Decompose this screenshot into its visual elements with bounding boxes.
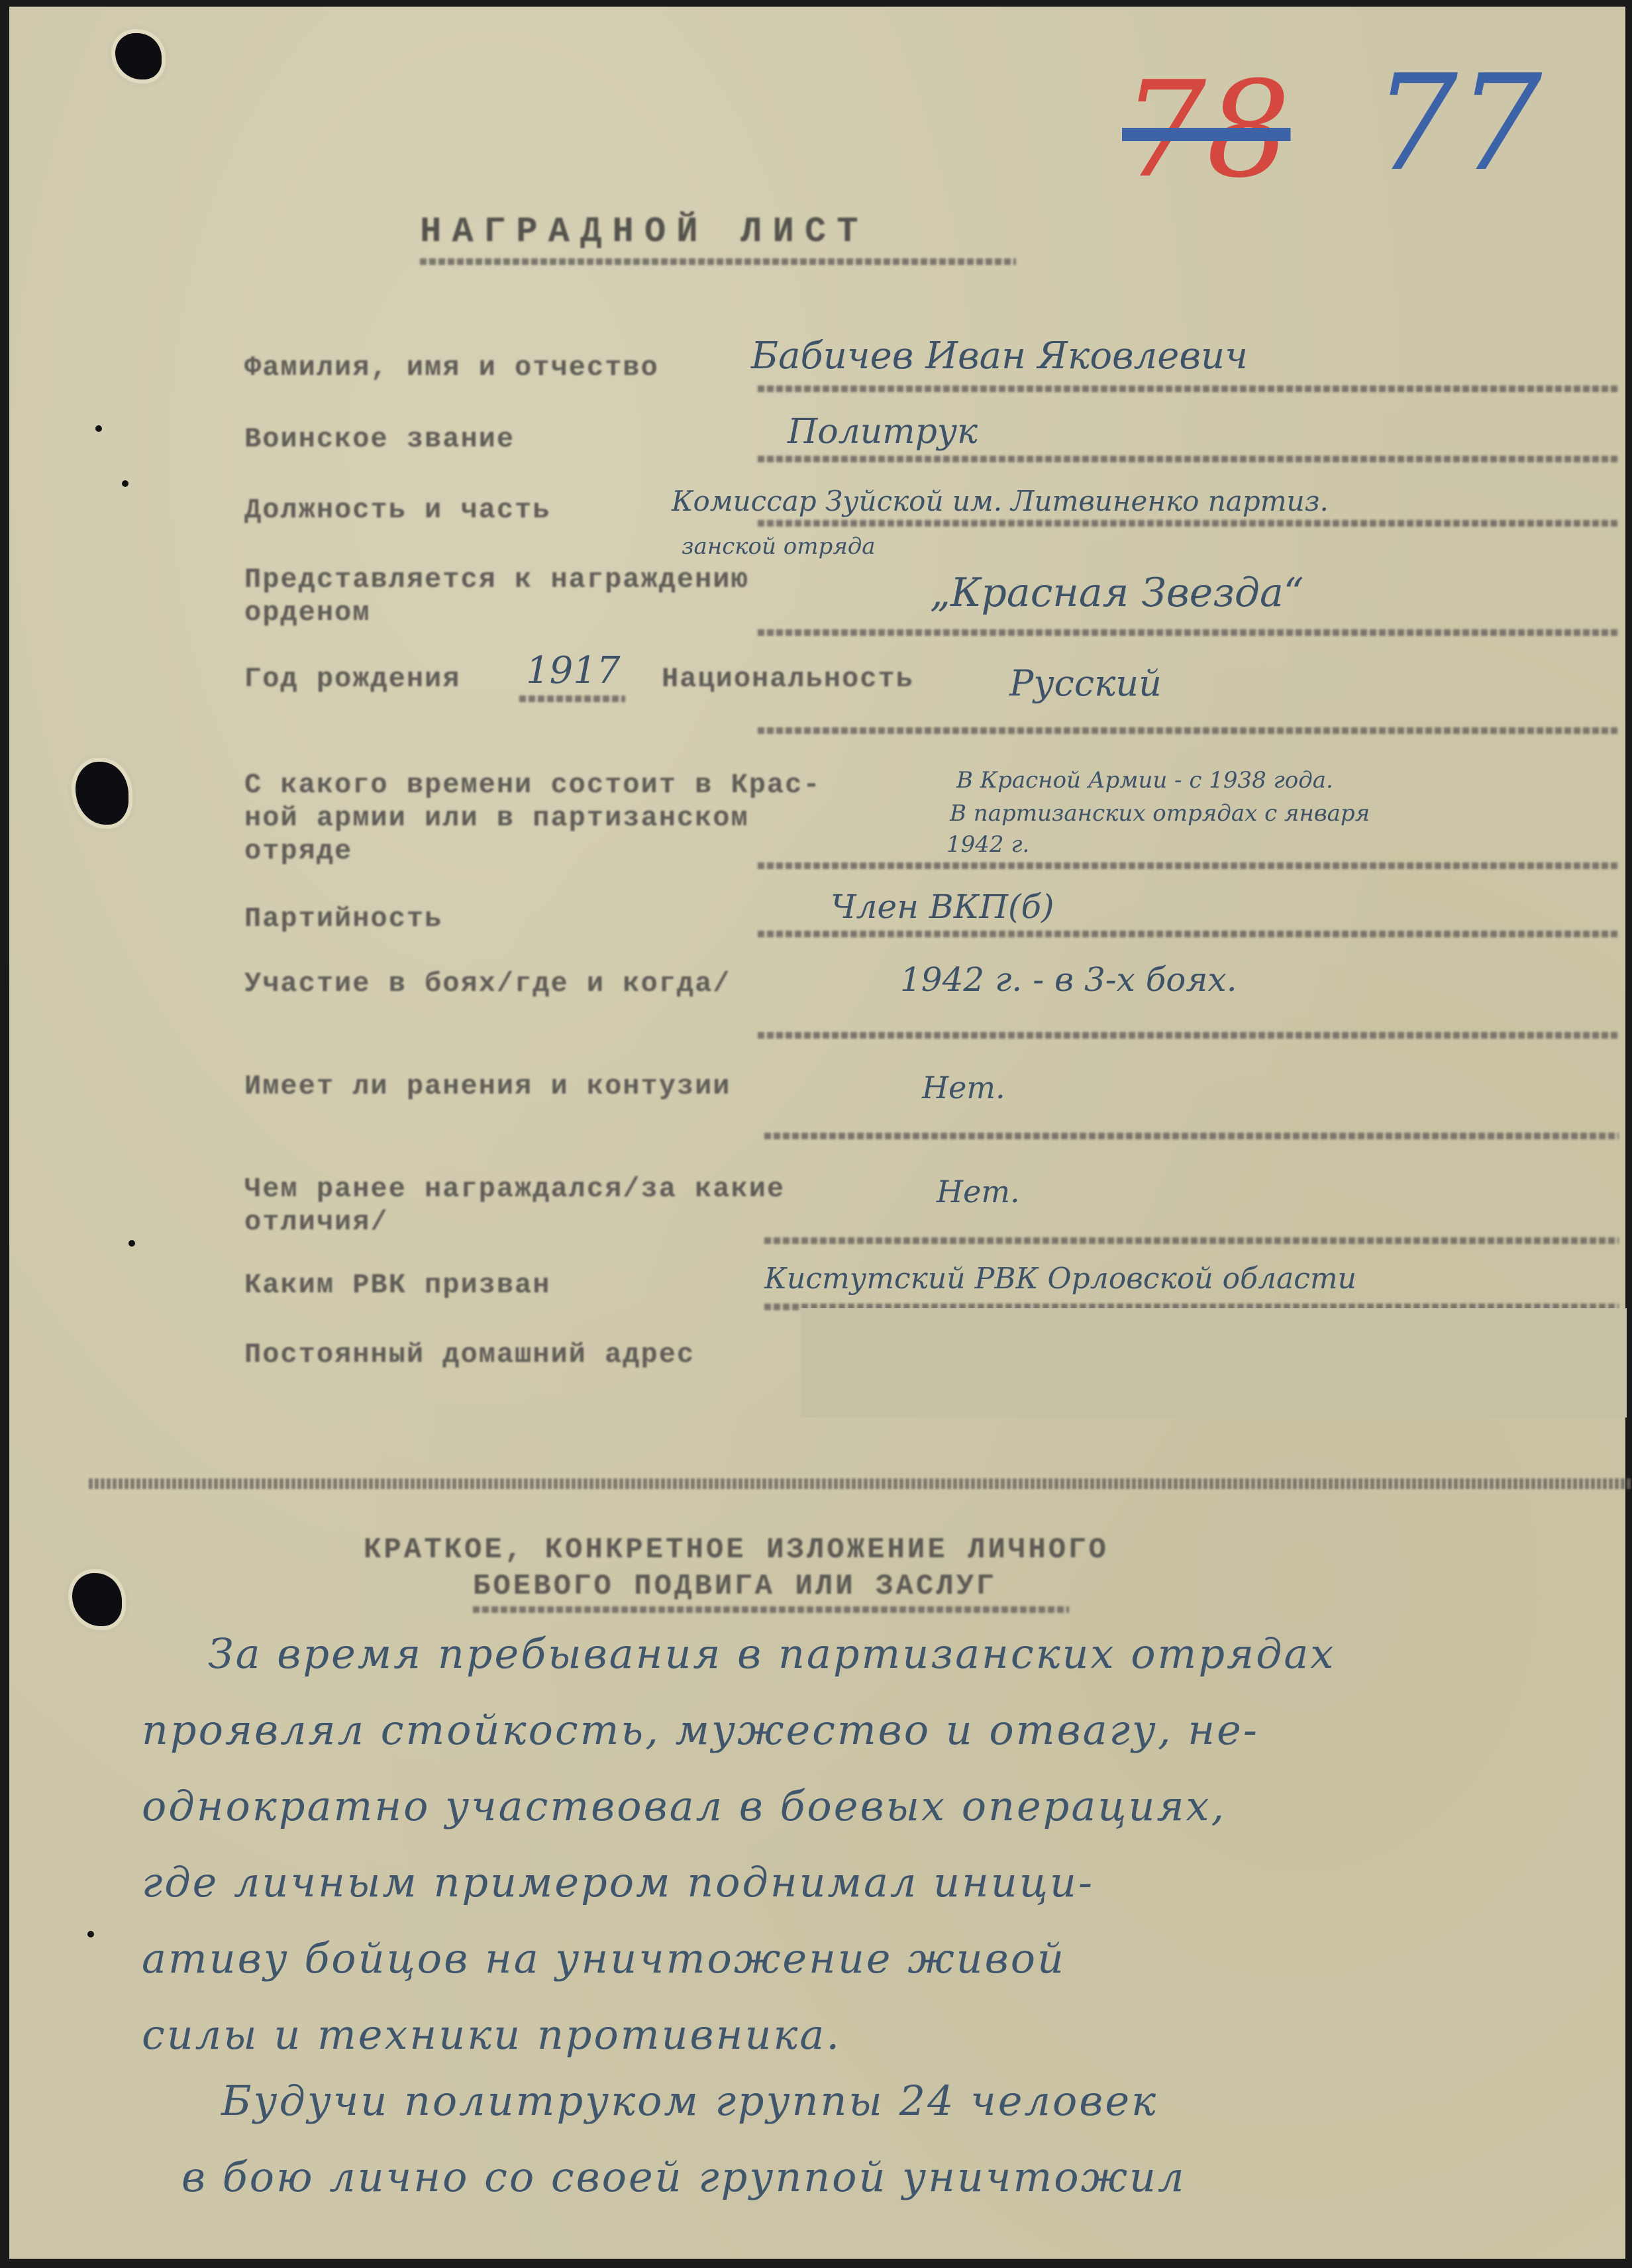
field-value-award: „Красная Звезда“ xyxy=(930,570,1303,616)
field-label-award: Представляется к награждению xyxy=(244,563,749,596)
narrative-line: в бою лично со своей группой уничтожил xyxy=(181,2153,1186,2201)
field-label-party: Партийность xyxy=(244,902,442,935)
field-label-previous-awards: Чем ранее награждался/за какие xyxy=(244,1172,785,1206)
margin-dot xyxy=(122,480,128,487)
field-label-battles: Участие в боях/где и когда/ xyxy=(244,967,731,1000)
section-separator xyxy=(89,1478,1632,1489)
margin-dot xyxy=(87,1931,94,1937)
field-label-full-name: Фамилия, имя и отчество xyxy=(244,351,659,384)
field-label-rank: Воинское звание xyxy=(244,423,515,456)
field-value-wounds: Нет. xyxy=(922,1070,1005,1106)
section-heading-underline xyxy=(473,1606,1069,1613)
field-underline xyxy=(758,520,1619,527)
field-value-party: Член ВКП(б) xyxy=(831,888,1054,926)
margin-dot xyxy=(128,1240,135,1247)
field-value-full-name: Бабичев Иван Яковлевич xyxy=(751,335,1248,378)
birth-year-underline xyxy=(519,696,625,702)
punch-hole-icon xyxy=(72,1573,122,1626)
margin-dot xyxy=(95,425,102,432)
punch-hole-icon xyxy=(115,33,162,79)
field-value-battles: 1942 г. - в 3-х боях. xyxy=(900,960,1237,999)
field-underline xyxy=(764,1133,1619,1139)
archive-number-crossed: 78 xyxy=(1122,53,1291,207)
field-label-wounds: Имеет ли ранения и контузии xyxy=(244,1070,731,1103)
field-underline xyxy=(758,862,1619,869)
field-value-previous-awards: Нет. xyxy=(937,1174,1020,1210)
document-sheet: 78 77 НАГРАДНОЙ ЛИСТ Фамилия, имя и отче… xyxy=(9,7,1625,2259)
field-label-service-since-line2: ной армии или в партизанском xyxy=(244,801,749,835)
narrative-line: проявлял стойкость, мужество и отвагу, н… xyxy=(142,1706,1259,1754)
field-underline xyxy=(758,456,1619,462)
field-underline xyxy=(764,1237,1619,1244)
field-value-rank: Политрук xyxy=(788,412,978,452)
redacted-address-block xyxy=(801,1308,1627,1417)
field-value-birth-year: 1917 xyxy=(526,649,621,692)
field-label-position: Должность и часть xyxy=(244,493,550,527)
field-value-service-since: В Красной Армии - с 1938 года. xyxy=(956,767,1333,794)
title-underline xyxy=(420,258,1016,265)
field-value-nationality: Русский xyxy=(1009,662,1162,704)
field-underline xyxy=(758,629,1619,636)
field-value-draft-office: Кистутский РВК Орловской области xyxy=(764,1262,1356,1296)
field-value-service-since-line3: 1942 г. xyxy=(946,831,1029,858)
field-underline xyxy=(758,1032,1619,1039)
field-label-home-address: Постоянный домашний адрес xyxy=(244,1338,695,1371)
field-label-service-since: С какого времени состоит в Крас- xyxy=(244,768,821,801)
field-label-birth-year: Год рождения xyxy=(244,662,460,696)
archive-number: 77 xyxy=(1374,46,1543,201)
field-underline xyxy=(758,727,1619,734)
narrative-line: где личным примером поднимал иници- xyxy=(142,1858,1094,1906)
punch-hole-icon xyxy=(76,762,128,825)
narrative-line: За время пребывания в партизанских отряд… xyxy=(208,1629,1335,1678)
narrative-line: Будучи политруком группы 24 человек xyxy=(221,2077,1158,2125)
field-underline xyxy=(758,386,1619,392)
section-heading-line1: КРАТКОЕ, КОНКРЕТНОЕ ИЗЛОЖЕНИЕ ЛИЧНОГО xyxy=(364,1533,1109,1567)
field-label-award-line2: орденом xyxy=(244,596,370,629)
field-value-position-line2: занской отряда xyxy=(682,533,876,560)
field-label-draft-office: Каким РВК призван xyxy=(244,1268,550,1302)
narrative-line: силы и техники противника. xyxy=(142,2010,841,2059)
narrative-line: ативу бойцов на уничтожение живой xyxy=(142,1934,1066,1983)
narrative-line: однократно участвовал в боевых операциях… xyxy=(142,1782,1226,1830)
field-value-position: Комиссар Зуйской им. Литвиненко партиз. xyxy=(672,485,1329,517)
field-label-previous-awards-line2: отличия/ xyxy=(244,1206,389,1239)
field-value-service-since-line2: В партизанских отрядах с января xyxy=(950,800,1370,827)
field-underline xyxy=(758,931,1619,937)
document-title: НАГРАДНОЙ ЛИСТ xyxy=(420,212,869,252)
field-label-nationality: Национальность xyxy=(662,662,914,696)
section-heading-line2: БОЕВОГО ПОДВИГА ИЛИ ЗАСЛУГ xyxy=(473,1570,997,1603)
field-label-service-since-line3: отряде xyxy=(244,835,352,868)
